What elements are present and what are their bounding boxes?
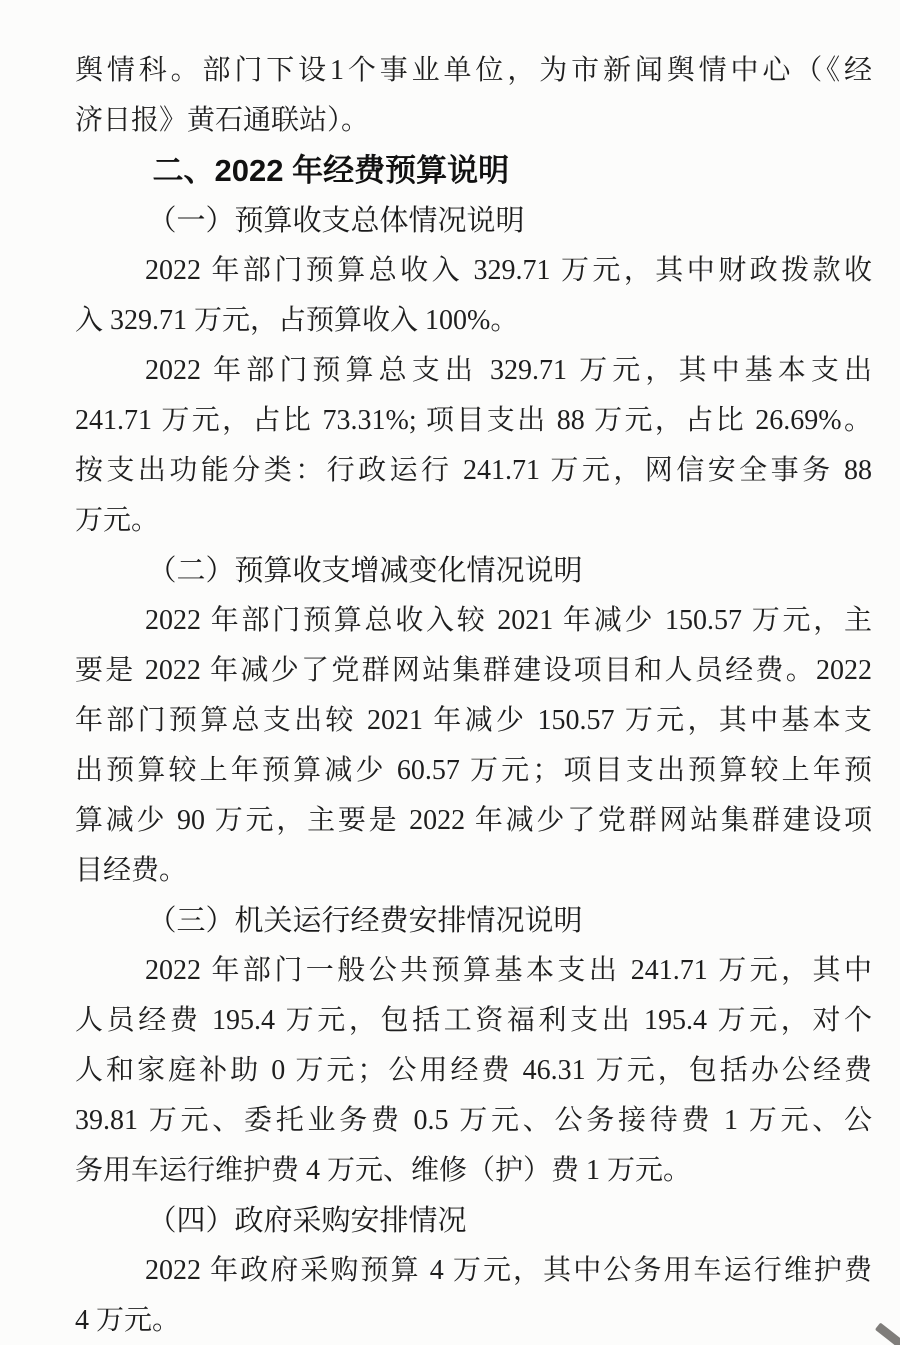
text-line: 年部门预算总支出较 2021 年减少 150.57 万元，其中基本支	[75, 696, 872, 746]
text-line: 2022 年部门预算总收入较 2021 年减少 150.57 万元，主	[75, 596, 872, 646]
scan-corner-artifact	[875, 1322, 900, 1345]
text-line: 要是 2022 年减少了党群网站集群建设项目和人员经费。2022	[75, 646, 872, 696]
text-line: 2022 年政府采购预算 4 万元，其中公务用车运行维护费	[75, 1246, 872, 1296]
text-line: 万元。	[75, 496, 872, 546]
subsection-heading: （四）政府采购安排情况	[75, 1196, 872, 1246]
text-line: （一）预算收支总体情况说明	[75, 196, 872, 246]
paragraph: 舆情科。部门下设1个事业单位，为市新闻舆情中心（《经济日报》黄石通联站）。	[75, 46, 872, 146]
text-line: 目经费。	[75, 846, 872, 896]
paragraph: 2022 年部门一般公共预算基本支出 241.71 万元，其中人员经费 195.…	[75, 946, 872, 1196]
text-line: 4 万元。	[75, 1296, 872, 1345]
text-line: 入 329.71 万元，占预算收入 100%。	[75, 296, 872, 346]
section-heading: 二、2022 年经费预算说明	[75, 146, 872, 196]
paragraph: 2022 年政府采购预算 4 万元，其中公务用车运行维护费4 万元。	[75, 1246, 872, 1345]
document-body: 舆情科。部门下设1个事业单位，为市新闻舆情中心（《经济日报》黄石通联站）。二、2…	[75, 46, 872, 1345]
subsection-heading: （三）机关运行经费安排情况说明	[75, 896, 872, 946]
text-line: （三）机关运行经费安排情况说明	[75, 896, 872, 946]
text-line: （二）预算收支增减变化情况说明	[75, 546, 872, 596]
text-line: 出预算较上年预算减少 60.57 万元；项目支出预算较上年预	[75, 746, 872, 796]
text-line: 舆情科。部门下设1个事业单位，为市新闻舆情中心（《经	[75, 46, 872, 96]
text-line: 按支出功能分类：行政运行 241.71 万元，网信安全事务 88	[75, 446, 872, 496]
text-line: 241.71 万元，占比 73.31%; 项目支出 88 万元，占比 26.69…	[75, 396, 872, 446]
text-line: 二、2022 年经费预算说明	[75, 146, 872, 196]
text-line: 人和家庭补助 0 万元；公用经费 46.31 万元，包括办公经费	[75, 1046, 872, 1096]
paragraph: 2022 年部门预算总收入 329.71 万元，其中财政拨款收入 329.71 …	[75, 246, 872, 346]
text-line: 39.81 万元、委托业务费 0.5 万元、公务接待费 1 万元、公	[75, 1096, 872, 1146]
paragraph: 2022 年部门预算总支出 329.71 万元，其中基本支出241.71 万元，…	[75, 346, 872, 546]
subsection-heading: （一）预算收支总体情况说明	[75, 196, 872, 246]
subsection-heading: （二）预算收支增减变化情况说明	[75, 546, 872, 596]
document-page: 舆情科。部门下设1个事业单位，为市新闻舆情中心（《经济日报》黄石通联站）。二、2…	[0, 0, 900, 1345]
text-line: 2022 年部门预算总支出 329.71 万元，其中基本支出	[75, 346, 872, 396]
text-line: 2022 年部门预算总收入 329.71 万元，其中财政拨款收	[75, 246, 872, 296]
text-line: 2022 年部门一般公共预算基本支出 241.71 万元，其中	[75, 946, 872, 996]
text-line: 务用车运行维护费 4 万元、维修（护）费 1 万元。	[75, 1146, 872, 1196]
text-line: （四）政府采购安排情况	[75, 1196, 872, 1246]
text-line: 济日报》黄石通联站）。	[75, 96, 872, 146]
paragraph: 2022 年部门预算总收入较 2021 年减少 150.57 万元，主要是 20…	[75, 596, 872, 896]
text-line: 人员经费 195.4 万元，包括工资福利支出 195.4 万元，对个	[75, 996, 872, 1046]
text-line: 算减少 90 万元，主要是 2022 年减少了党群网站集群建设项	[75, 796, 872, 846]
